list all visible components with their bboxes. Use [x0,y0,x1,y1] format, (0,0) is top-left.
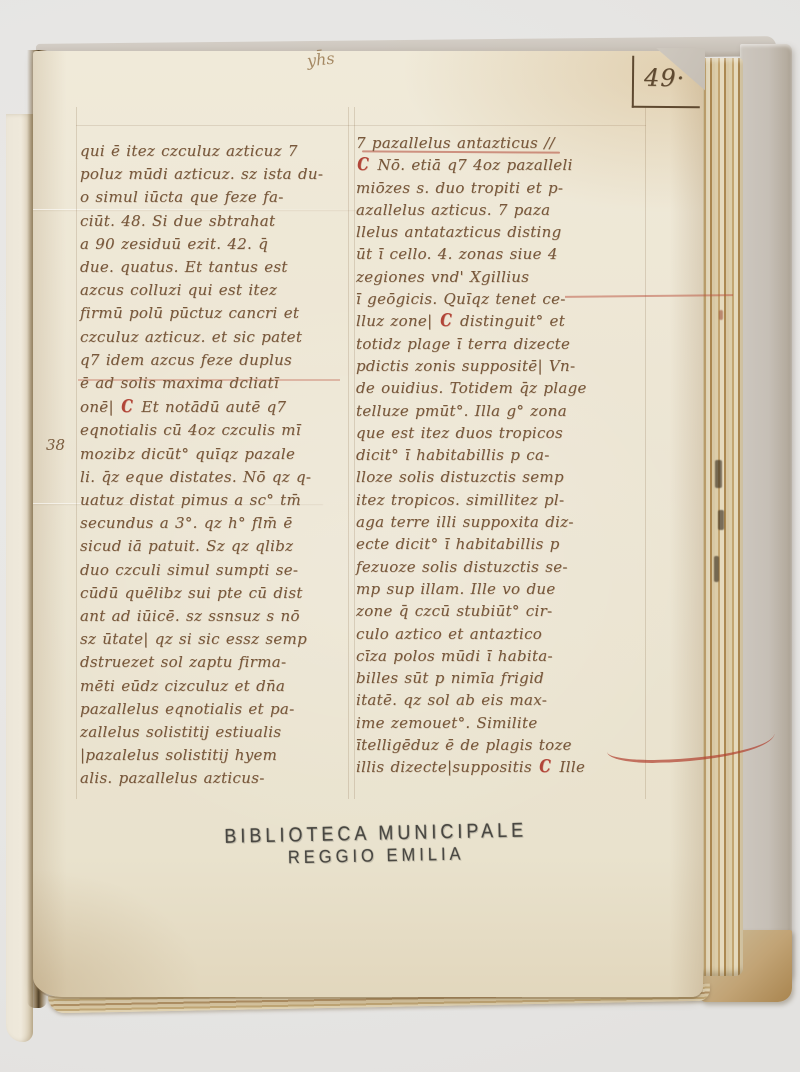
manuscript-line: onē| C Et notādū autē q7 [80,395,352,419]
manuscript-line: ē ad solis maxima dcliatī [80,372,352,395]
library-stamp: BIBLIOTECA MUNICIPALE REGGIO EMILIA [161,819,592,871]
manuscript-line: firmū polū pūctuz cancri et [80,302,352,325]
manuscript-line: C Nō. etiā q7 4oz pazalleli [356,154,648,176]
manuscript-line: a 90 zesiduū ezit. 42. q̄ [80,233,352,256]
manuscript-line: zegiones vnd' Xgillius [356,266,648,288]
manuscript-line: ūt ī cello. 4. zonas siue 4 [356,243,648,265]
fore-edge-mark [719,310,723,320]
manuscript-line: que est itez duos tropicos [356,422,648,444]
manuscript-line: duo czculi simul sumpti se- [80,559,352,582]
manuscript-line: azcus colluzi qui est itez [80,279,352,302]
manuscript-line: poluz mūdi azticuz. sz ista du- [80,163,352,186]
manuscript-line: ant ad iūicē. sz ssnsuz s nō [80,605,352,628]
manuscript-line: pdictis zonis suppositē| Vn- [356,355,648,377]
manuscript-photo: yh̄s 49· 38 qui ē itez czculuz azticuz 7… [0,0,800,1072]
manuscript-line: zallelus solistitij estiualis [80,721,352,744]
manuscript-line: qui ē itez czculuz azticuz 7 [80,140,352,163]
manuscript-line: fezuoze solis distuzctis se- [356,556,648,578]
manuscript-book: yh̄s 49· 38 qui ē itez czculuz azticuz 7… [6,38,794,1020]
manuscript-line: zone q̄ czcū stubiūt° cir- [356,600,648,622]
manuscript-line: billes sūt p nimīa frigid [356,667,648,689]
fore-edge-stain [715,460,722,488]
manuscript-line: llelus antatazticus disting [356,221,648,243]
manuscript-line: sicud iā patuit. Sz qz qlibz [80,535,352,558]
fore-edge-stain [714,556,719,582]
header-invocation-mark: yh̄s [306,49,335,71]
binding-cover-board [740,44,792,978]
manuscript-line: ecte dicit° ī habitabillis p [356,533,648,555]
manuscript-line: itatē. qz sol ab eis max- [356,689,648,711]
manuscript-line: illis dizecte|suppositis C Ille [356,756,648,778]
manuscript-line: eqnotialis cū 4oz czculis mī [80,419,352,442]
manuscript-line: czculuz azticuz. et sic patet [80,326,352,349]
manuscript-line: due. quatus. Et tantus est [80,256,352,279]
manuscript-line: pazallelus eqnotialis et pa- [80,698,352,721]
manuscript-line: cūdū quēlibz sui pte cū dist [80,582,352,605]
margin-number: 38 [46,436,65,454]
manuscript-line: q7 idem azcus feze duplus [80,349,352,372]
folio-bracket: 49· [632,56,700,109]
manuscript-line: ciūt. 48. Si due sbtrahat [80,210,352,233]
manuscript-line: alis. pazallelus azticus- [80,767,352,790]
manuscript-line: azallelus azticus. 7 paza [356,199,648,221]
text-column-right: 7 pazallelus antazticus //C Nō. etiā q7 … [356,132,648,779]
folio-number: 49· [644,64,685,92]
fore-edge-stain [718,510,724,530]
manuscript-line: 7 pazallelus antazticus // [356,132,648,154]
fore-edge-page-stack [701,58,743,976]
manuscript-line: itez tropicos. simillitez pl- [356,489,648,511]
manuscript-line: uatuz distat pimus a sc° tm̄ [80,489,352,512]
manuscript-line: ime zemouet°. Similite [356,712,648,734]
manuscript-line: o simul iūcta que feze fa- [80,186,352,209]
manuscript-page: yh̄s 49· 38 qui ē itez czculuz azticuz 7… [33,51,703,997]
text-column-left: qui ē itez czculuz azticuz 7poluz mūdi a… [80,140,352,791]
manuscript-line: |pazalelus solistitij hyem [80,744,352,767]
manuscript-line: li. q̄z eque distates. Nō qz q- [80,466,352,489]
pilcrow-mark-icon: C [539,756,551,778]
ruling-line [76,107,77,799]
manuscript-line: de ouidius. Totidem q̄z plage [356,377,648,399]
manuscript-line: mēti eūdz cizculuz et dn̄a [80,675,352,698]
manuscript-line: dstruezet sol zaptu firma- [80,651,352,674]
manuscript-line: mozibz dicūt° quīqz pazale [80,443,352,466]
manuscript-line: sz ūtate| qz si sic essz semp [80,628,352,651]
pilcrow-mark-icon: C [440,310,452,332]
manuscript-line: telluze pmūt°. Illa g° zona [356,400,648,422]
manuscript-line: culo aztico et antaztico [356,623,648,645]
manuscript-line: secundus a 3°. qz h° flm̄ ē [80,512,352,535]
manuscript-line: lloze solis distuzctis semp [356,466,648,488]
manuscript-line: mp sup illam. Ille vo due [356,578,648,600]
ruling-line [354,107,355,799]
manuscript-line: aga terre illi suppoxita diz- [356,511,648,533]
manuscript-line: lluz zone| C distinguit° et [356,310,648,332]
pilcrow-mark-icon: C [121,395,133,418]
manuscript-line: dicit° ī habitabillis p ca- [356,444,648,466]
manuscript-line: totidz plage ī terra dizecte [356,333,648,355]
pilcrow-mark-icon: C [357,154,369,176]
manuscript-line: ītelligēduz ē de plagis toze [356,734,648,756]
manuscript-line: miōzes s. duo tropiti et p- [356,177,648,199]
ruling-line [76,125,646,126]
manuscript-line: cīza polos mūdi ī habita- [356,645,648,667]
manuscript-line: ī geōgicis. Quīqz tenet ce- [356,288,648,310]
